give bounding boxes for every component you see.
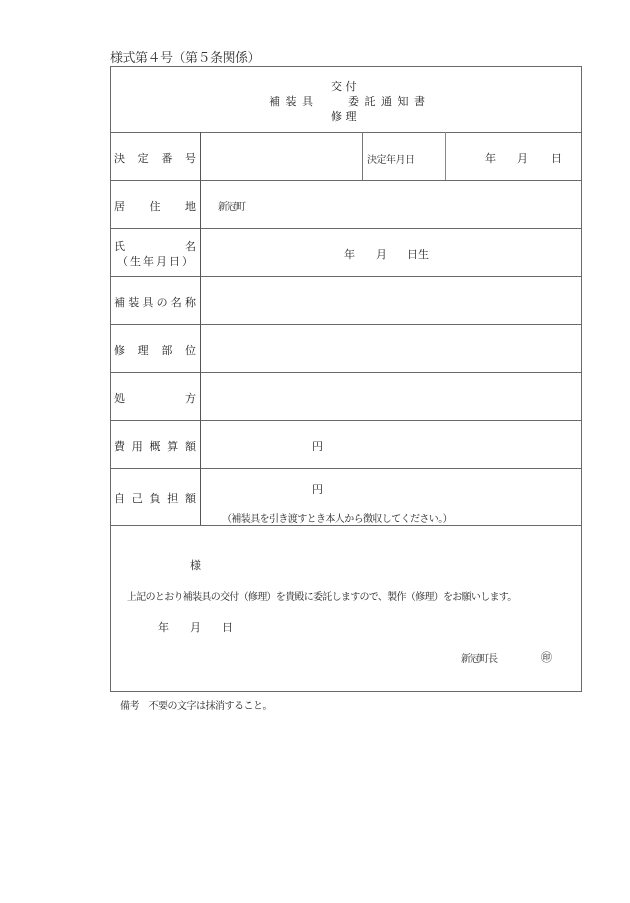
divider bbox=[110, 180, 582, 181]
divider bbox=[110, 525, 582, 526]
decision-date-field[interactable]: 年 月 日 bbox=[447, 134, 581, 178]
label-decision-date: 決定年月日 bbox=[367, 151, 415, 166]
divider bbox=[110, 276, 582, 277]
notice-date-year: 年 bbox=[158, 619, 169, 635]
addressee-suffix: 様 bbox=[190, 557, 201, 573]
name-birthdate-field[interactable]: 年 月 日生 bbox=[202, 230, 580, 274]
device-name-field[interactable] bbox=[202, 278, 580, 322]
notice-date-day: 日 bbox=[222, 619, 233, 635]
divider bbox=[200, 132, 201, 525]
notice-body: 上記のとおり補装具の交付（修理）を貴殿に委託しますので、製作（修理）をお願いしま… bbox=[127, 588, 517, 603]
self-pay-note: （補装具を引き渡すとき本人から徴収してください。） bbox=[222, 510, 452, 525]
residence-field[interactable]: 新冠町 bbox=[202, 182, 580, 226]
divider bbox=[362, 132, 363, 180]
seal-icon: ㊞ bbox=[541, 649, 552, 665]
divider bbox=[110, 132, 582, 133]
label-residence: 居住地 bbox=[114, 198, 196, 214]
repair-part-field[interactable] bbox=[202, 326, 580, 370]
prescription-field[interactable] bbox=[202, 374, 580, 418]
divider bbox=[110, 228, 582, 229]
divider bbox=[110, 372, 582, 373]
title-suffix: 委 託 通 知 書 bbox=[348, 93, 426, 109]
issuer-title: 新冠町長 bbox=[461, 650, 497, 665]
divider bbox=[445, 132, 446, 180]
divider bbox=[110, 468, 582, 469]
estimated-cost-field[interactable]: 円 bbox=[202, 422, 580, 466]
self-pay-field[interactable]: 円 （補装具を引き渡すとき本人から徴収してください。） bbox=[202, 470, 580, 523]
label-device-name: 補装具の名称 bbox=[114, 294, 196, 310]
label-estimated-cost: 費用概算額 bbox=[114, 438, 196, 454]
title-option-issue: 交 付 bbox=[331, 78, 357, 94]
notice-date-month: 月 bbox=[190, 619, 201, 635]
label-self-pay: 自己負担額 bbox=[114, 490, 196, 506]
divider bbox=[110, 324, 582, 325]
addressee-field[interactable] bbox=[140, 556, 190, 573]
label-decision-number: 決定番号 bbox=[114, 150, 196, 166]
label-birthdate: （生年月日） bbox=[117, 253, 195, 269]
divider bbox=[110, 420, 582, 421]
label-name: 氏名 bbox=[114, 238, 196, 254]
title-option-repair: 修 理 bbox=[331, 108, 357, 124]
title-prefix: 補 装 具 bbox=[269, 93, 314, 109]
label-prescription: 処方 bbox=[114, 390, 196, 406]
remarks: 備考 不要の文字は抹消すること。 bbox=[120, 697, 272, 712]
decision-number-field[interactable] bbox=[202, 134, 360, 178]
label-repair-part: 修理部位 bbox=[114, 342, 196, 358]
form-number: 様式第４号（第５条関係） bbox=[110, 47, 260, 66]
